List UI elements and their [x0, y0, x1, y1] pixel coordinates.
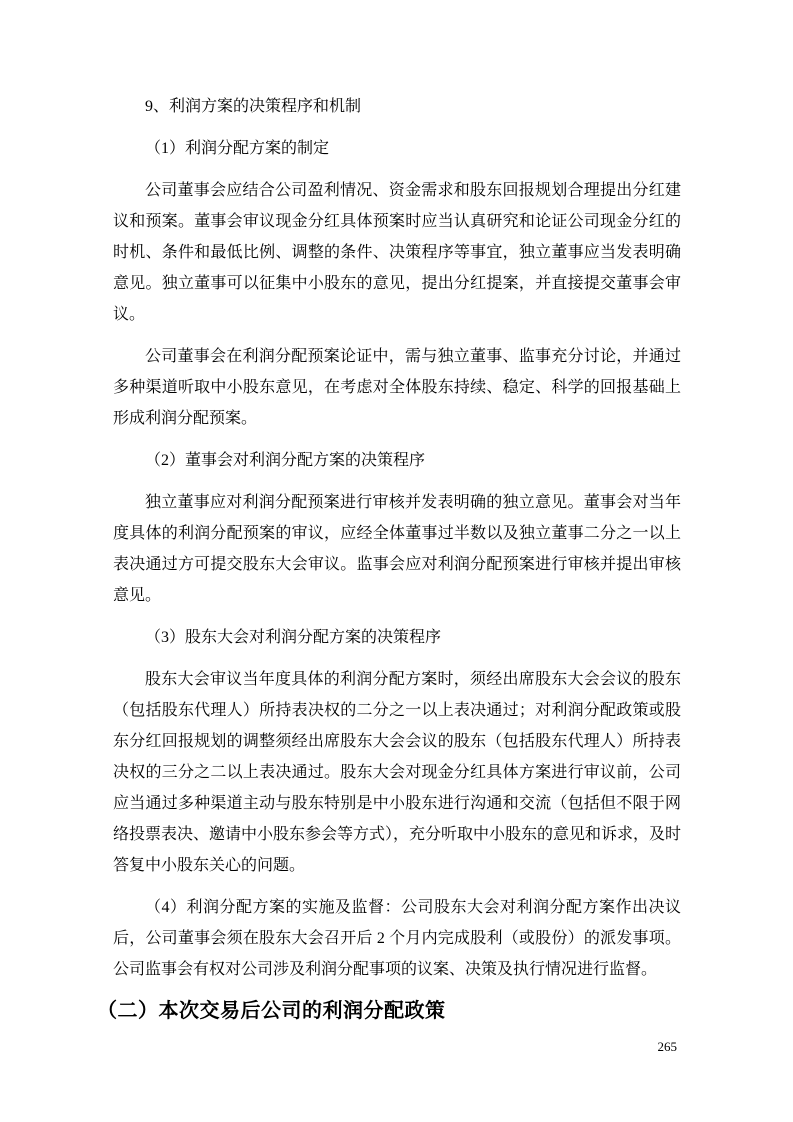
- heading-section-2-post-transaction-policy: （二）本次交易后公司的利润分配政策: [113, 996, 681, 1027]
- para-board-dividend-proposal: 公司董事会应结合公司盈利情况、资金需求和股东回报规划合理提出分红建议和预案。董事…: [113, 175, 681, 330]
- heading-1-plan-formulation: （1）利润分配方案的制定: [113, 133, 681, 164]
- page-number: 265: [658, 1039, 678, 1055]
- heading-9-decision-procedure: 9、利润方案的决策程序和机制: [113, 91, 681, 122]
- document-page: 9、利润方案的决策程序和机制 （1）利润分配方案的制定 公司董事会应结合公司盈利…: [0, 0, 793, 1122]
- page-content: 9、利润方案的决策程序和机制 （1）利润分配方案的制定 公司董事会应结合公司盈利…: [113, 91, 681, 1027]
- para-shareholders-meeting-voting: 股东大会审议当年度具体的利润分配方案时，须经出席股东大会会议的股东（包括股东代理…: [113, 664, 681, 881]
- para-board-preplan-discussion: 公司董事会在利润分配预案论证中，需与独立董事、监事充分讨论，并通过多种渠道听取中…: [113, 341, 681, 434]
- para-implementation-supervision: （4）利润分配方案的实施及监督：公司股东大会对利润分配方案作出决议后，公司董事会…: [113, 892, 681, 985]
- para-independent-director-review: 独立董事应对利润分配预案进行审核并发表明确的独立意见。董事会对当年度具体的利润分…: [113, 487, 681, 611]
- heading-2-board-procedure: （2）董事会对利润分配方案的决策程序: [113, 445, 681, 476]
- heading-3-shareholders-meeting-procedure: （3）股东大会对利润分配方案的决策程序: [113, 622, 681, 653]
